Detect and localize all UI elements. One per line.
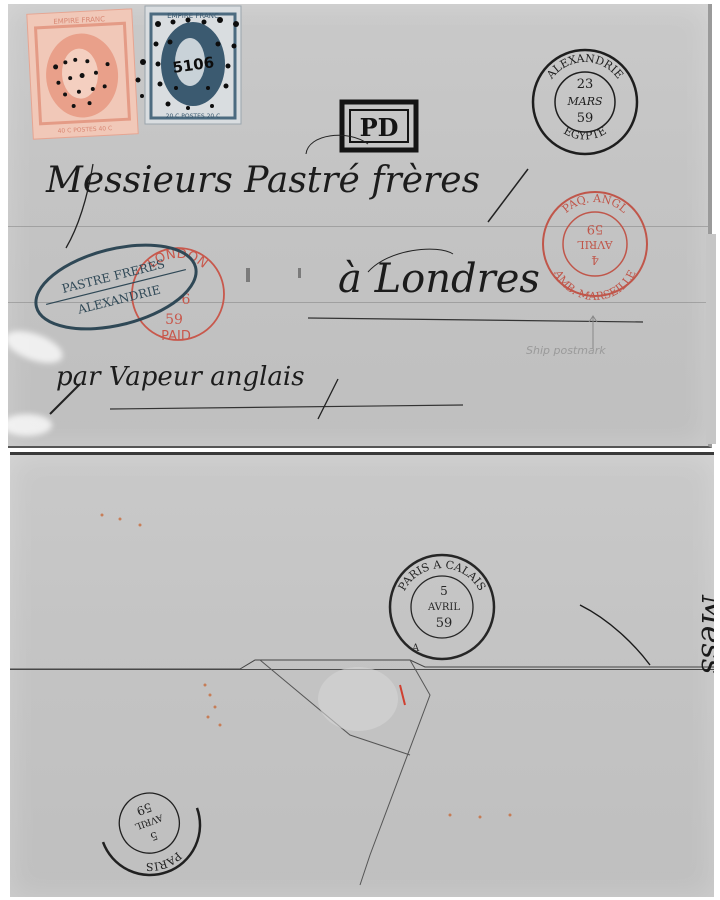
stamp-20c: EMPIRE FRANC 20 C POSTES 20 C 5106 [136, 6, 242, 124]
svg-text:5: 5 [148, 829, 159, 844]
svg-text:20 C POSTES 20 C: 20 C POSTES 20 C [166, 113, 221, 120]
svg-text:AMB. MARSEILLE: AMB. MARSEILLE [551, 267, 639, 303]
stamp-40c: EMPIRE FRANC 40 C POSTES 40 C [27, 9, 138, 139]
postmark-alexandrie: ALEXANDRIE EGYPTE 23 MARS 59 [533, 50, 637, 154]
svg-text:PD: PD [360, 113, 399, 142]
partial-address: Mess [694, 594, 714, 674]
address-line-2: à Londres [338, 256, 540, 302]
svg-text:EGYPTE: EGYPTE [561, 124, 608, 143]
address-line-1: Messieurs Pastré frères [46, 160, 480, 201]
cover-back: Mess PARIS A CALAIS A 5 AVRIL 59 PARIS 5… [10, 452, 714, 897]
postmark-paq-angl: PAQ. ANGL AMB. MARSEILLE 4 AVRIL 59 [543, 192, 647, 303]
svg-text:59: 59 [165, 312, 183, 328]
back-markings: Mess PARIS A CALAIS A 5 AVRIL 59 PARIS 5… [10, 455, 714, 897]
svg-text:59: 59 [587, 221, 604, 236]
postmark-paris-calais: PARIS A CALAIS A 5 AVRIL 59 [390, 555, 494, 659]
underline [110, 405, 463, 409]
svg-text:59: 59 [577, 111, 594, 126]
wax-seal-impression [318, 667, 398, 731]
svg-text:A: A [411, 643, 420, 654]
svg-text:5: 5 [440, 584, 448, 598]
svg-text:EMPIRE FRANC: EMPIRE FRANC [167, 12, 219, 20]
postmark-pd: PD [342, 102, 416, 150]
pencil-note: Ship postmark [526, 344, 606, 357]
glare [2, 414, 52, 436]
postmark-paris: PARIS 5 AVRIL 59 [92, 778, 214, 889]
svg-text:AVRIL: AVRIL [427, 602, 460, 613]
svg-text:4: 4 [591, 253, 599, 267]
route-instruction: par Vapeur anglais [56, 362, 305, 392]
svg-text:AVRIL: AVRIL [577, 238, 614, 251]
svg-text:PAID: PAID [161, 329, 191, 344]
cover-front: EMPIRE FRANC 40 C POSTES 40 C EMPIRE FRA… [8, 4, 712, 448]
svg-text:MARS: MARS [566, 95, 602, 108]
svg-text:23: 23 [577, 77, 594, 92]
svg-text:59: 59 [436, 616, 453, 631]
